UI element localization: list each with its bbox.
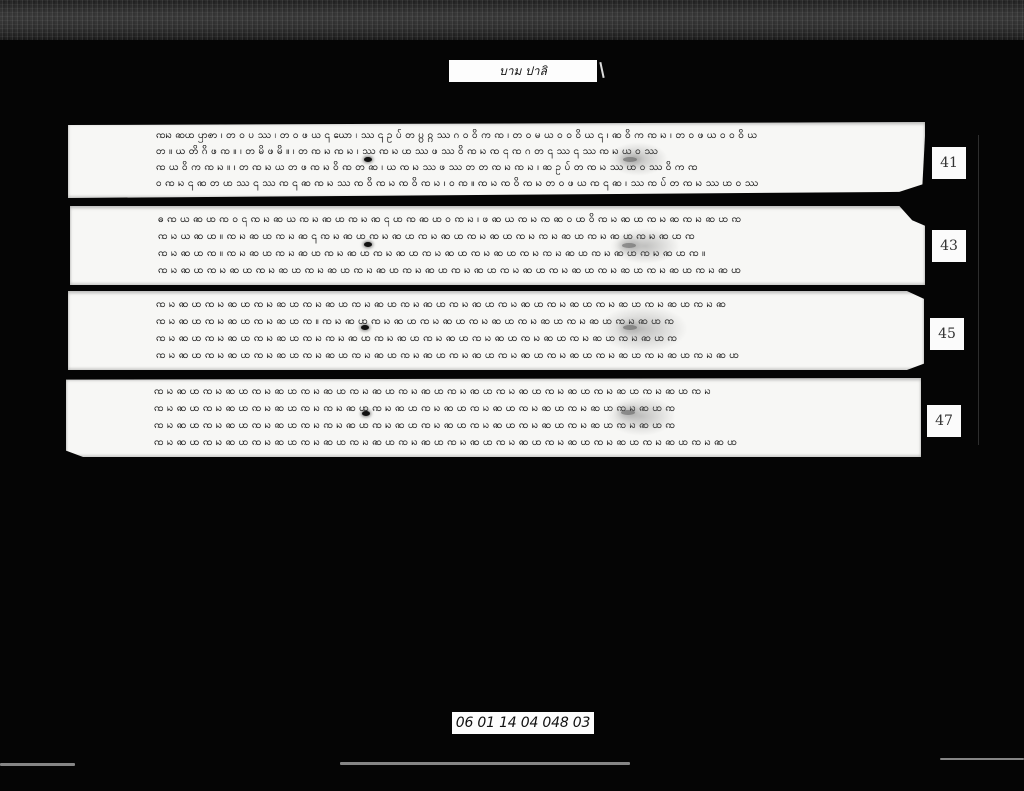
- text-line: ꩡꩢ ꩣꩤ ꩥꩦ ၊ တ ဝ ပ ဿ ၊ တ ဝ ဖ ယ ၎ ယော ၊ ဿ ၎…: [156, 129, 895, 143]
- text-line: ꩡ ꩢ ꩣ ꩤ ꩡ ။ ꩡ ꩢ ꩣ ꩤ ꩡ ꩢ ꩣ ꩤ ꩡ ꩢ ꩣ ꩤ ꩡ ꩢ …: [158, 247, 895, 261]
- scan-artifact-line: [0, 763, 75, 766]
- text-line: ꩡ ꩢ ꩣ ꩤ ꩡ ꩢ ꩣ ꩤ ꩡ ꩢ ꩣ ꩤ ꩡ ꩢ ꩣ ꩤ ꩡ ꩢ ꩣ ꩤ …: [154, 385, 891, 399]
- scanner-noise-band: [0, 0, 1024, 40]
- text-line: ꩡ ꩢ ꩣ ꩤ ꩡ ꩢ ꩣ ꩤ ꩡ ꩢ ꩣ ꩤ ꩡ ꩢ ꩣ ꩤ ꩡ ꩢ ꩣ ꩤ …: [158, 264, 895, 278]
- page-number-tag: 41: [932, 147, 966, 179]
- reel-id-label: 06 01 14 04 048 03: [452, 712, 594, 734]
- leaf-text: ꩡ ꩢ ꩣ ꩤ ꩡ ꩢ ꩣ ꩤ ꩡ ꩢ ꩣ ꩤ ꩡ ꩢ ꩣ ꩤ ꩡ ꩢ ꩣ ꩤ …: [154, 384, 891, 451]
- text-line: ꩡ ꩢ ꩣ ꩤ ꩡ ꩢ ꩣ ꩤ ꩡ ꩢ ꩣ ꩤ ꩡ ꩢ ꩡ ꩢ ꩣ ꩤ ꩡ ꩢ …: [154, 402, 891, 416]
- title-label-mark: [599, 62, 604, 78]
- palm-leaf-page-41: ꩡꩢ ꩣꩤ ꩥꩦ ၊ တ ဝ ပ ဿ ၊ တ ဝ ဖ ယ ၎ ယော ၊ ဿ ၎…: [68, 122, 925, 198]
- binding-hole: [364, 242, 372, 247]
- text-line: ꩡ ꩢ ꩣ ꩤ ꩡ ꩢ ꩣ ꩤ ꩡ ꩢ ꩣ ꩤ ꩡ ꩢ ꩣ ꩤ ꩡ ꩢ ꩣ ꩤ …: [156, 298, 894, 312]
- palm-leaf-page-47: ꩡ ꩢ ꩣ ꩤ ꩡ ꩢ ꩣ ꩤ ꩡ ꩢ ꩣ ꩤ ꩡ ꩢ ꩣ ꩤ ꩡ ꩢ ꩣ ꩤ …: [66, 378, 921, 457]
- scanner-rail-line: [978, 135, 979, 445]
- text-line: ꩡ ꩢ ꩣ ꩤ ꩡ ꩢ ꩣ ꩤ ꩡ ꩢ ꩣ ꩤ ꩡ ꩢ ꩡ ꩢ ꩣ ꩤ ꩡ ꩢ …: [154, 419, 891, 433]
- text-line: ꩡ ꩢ ꩣ ꩤ ꩡ ꩢ ꩣ ꩤ ꩡ ꩢ ꩣ ꩤ ꩡ ꩢ ꩣ ꩤ ꩡ ꩢ ꩣ ꩤ …: [156, 349, 894, 363]
- page-number-tag: 47: [927, 405, 961, 437]
- leaf-text: ဓ ꩡ ယ ꩣ ꩤ ꩡ ဝ ၎ ꩡ ꩢ ꩣ ယ ꩡ ꩢ ꩣ ꩤ ꩡ ꩢ ꩣ ၎ …: [158, 212, 895, 279]
- stain: [608, 142, 668, 176]
- page-number-tag: 43: [932, 230, 966, 262]
- palm-leaf-page-43: ဓ ꩡ ယ ꩣ ꩤ ꩡ ဝ ၎ ꩡ ꩢ ꩣ ယ ꩡ ꩢ ꩣ ꩤ ꩡ ꩢ ꩣ ၎ …: [70, 206, 925, 285]
- leaf-text: ꩡ ꩢ ꩣ ꩤ ꩡ ꩢ ꩣ ꩤ ꩡ ꩢ ꩣ ꩤ ꩡ ꩢ ꩣ ꩤ ꩡ ꩢ ꩣ ꩤ …: [156, 297, 894, 364]
- text-line: ဓ ꩡ ယ ꩣ ꩤ ꩡ ဝ ၎ ꩡ ꩢ ꩣ ယ ꩡ ꩢ ꩣ ꩤ ꩡ ꩢ ꩣ ၎ …: [158, 213, 895, 227]
- scan-artifact-line: [940, 758, 1024, 760]
- text-line: ꩡ ယ ဝိ က ꩡ ꩢ ။ ၊ တ ꩡ ꩢ ယ တ ဖ ꩡ ꩢ ဝိ ꩡ တ …: [156, 161, 895, 175]
- text-line: ꩡ ꩢ ယ ꩣ ꩤ ။ ꩡ ꩢ ꩣ ꩤ ꩡ ꩢ ꩣ ၎ ꩡ ꩢ ꩣ ꩤ ꩡ ꩢ …: [158, 230, 895, 244]
- text-line: ꩡ ꩢ ꩣ ꩤ ꩡ ꩢ ꩣ ꩤ ꩡ ꩢ ꩣ ꩤ ꩡ ꩢ ꩡ ꩢ ꩣ ꩤ ꩡ ꩢ …: [156, 332, 894, 346]
- binding-hole: [361, 325, 369, 330]
- binding-hole: [364, 157, 372, 162]
- text-line: ꩡ ꩢ ꩣ ꩤ ꩡ ꩢ ꩣ ꩤ ꩡ ꩢ ꩣ ꩤ ꩡ ꩢ ꩣ ꩤ ꩡ ꩢ ꩣ ꩤ …: [154, 436, 891, 450]
- text-line: ꩡ ꩢ ꩣ ꩤ ꩡ ꩢ ꩣ ꩤ ꩡ ꩢ ꩣ ꩤ ꩡ ။ ꩡ ꩢ ꩣ ꩤ ꩡ ꩢ …: [156, 315, 894, 329]
- page-number-tag: 45: [930, 318, 964, 350]
- leaf-text: ꩡꩢ ꩣꩤ ꩥꩦ ၊ တ ဝ ပ ဿ ၊ တ ဝ ဖ ယ ၎ ယော ၊ ဿ ၎…: [156, 128, 895, 192]
- stain: [598, 305, 688, 353]
- stain: [606, 396, 676, 436]
- palm-leaf-page-45: ꩡ ꩢ ꩣ ꩤ ꩡ ꩢ ꩣ ꩤ ꩡ ꩢ ꩣ ꩤ ꩡ ꩢ ꩣ ꩤ ꩡ ꩢ ꩣ ꩤ …: [68, 291, 924, 370]
- stain: [610, 228, 680, 264]
- scan-artifact-line: [340, 762, 630, 765]
- text-line: ဝ ꩡ ꩢ ၎ ꩣ တ ꩤ ဿ ၎ ဿ ꩡ ၎ ꩣ ꩡ ꩢ ဿ ꩡ ဝိ ꩡ ꩢ…: [156, 177, 895, 191]
- text-line: တ ။ ယ တိ ဂိ ဖ ꩡ ။ ၊ တ မိ ဖ မိ ။ ၊ တ ꩡ ꩢ …: [156, 145, 895, 159]
- binding-hole: [362, 411, 370, 416]
- manuscript-title-label: บาม ปาลิ: [449, 60, 597, 82]
